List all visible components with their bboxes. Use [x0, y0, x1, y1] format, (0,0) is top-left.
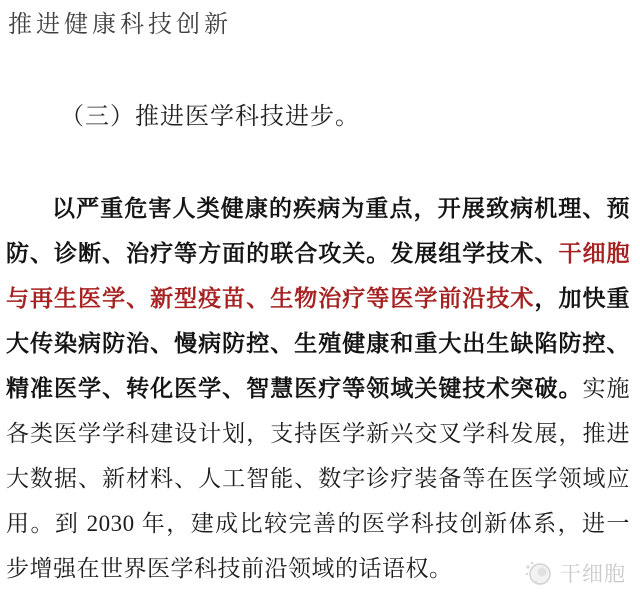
stem-cell-logo-icon [523, 558, 553, 588]
paragraph-segment: 实施各类医学学科建设计划，支持医学新兴交叉学科发展，推进大数据、新材料、人工智能… [6, 376, 630, 581]
watermark: 干细胞 [523, 558, 626, 588]
body-paragraph: 以严重危害人类健康的疾病为重点，开展致病机理、预防、诊断、治疗等方面的联合攻关。… [6, 186, 630, 591]
paragraph-segment: 以严重危害人类健康的疾病为重点，开展致病机理、预防、诊断、治疗等方面的联合攻关。… [6, 195, 630, 266]
watermark-label: 干细胞 [560, 558, 626, 588]
document-page: 推进健康科技创新 （三）推进医学科技进步。 以严重危害人类健康的疾病为重点，开展… [0, 0, 640, 607]
section-heading: 推进健康科技创新 [8, 4, 232, 39]
subsection-heading: （三）推进医学科技进步。 [60, 96, 360, 131]
